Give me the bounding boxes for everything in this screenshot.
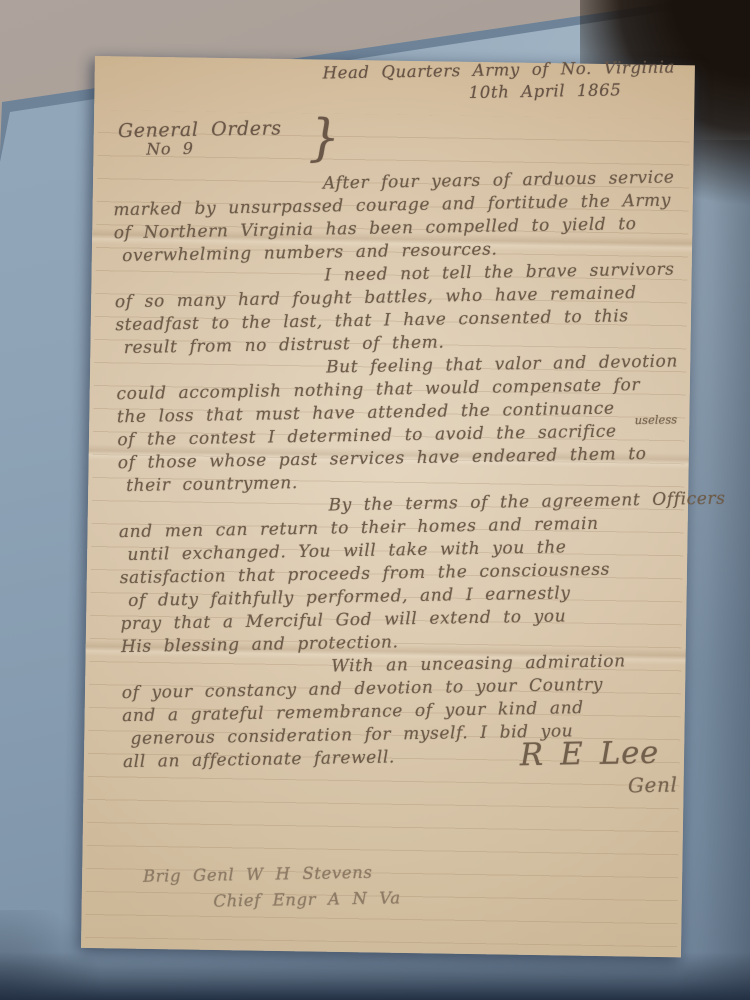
letter-content: Head Quarters Army of No. Virginia 10th … [111, 56, 696, 916]
letter-paragraph: By the terms of the agreement Officers a… [118, 488, 691, 659]
letter-paragraph: With an unceasing admiration of your con… [121, 649, 693, 774]
letter-paper: Head Quarters Army of No. Virginia 10th … [81, 56, 695, 957]
photo-background: Head Quarters Army of No. Virginia 10th … [0, 0, 750, 1000]
letter-paragraph: But feeling that valor and devotion coul… [116, 350, 688, 498]
order-title-block: General Orders No 9 } [112, 110, 683, 172]
letter-paragraph: I need not tell the brave survivors of s… [114, 258, 686, 360]
letter-paragraph: After four years of arduous service mark… [113, 166, 685, 268]
inserted-word-useless: useless [634, 408, 677, 432]
mat-bottom-shadow [0, 952, 750, 1000]
addressee-block: Brig Genl W H Stevens Chief Engr A N Va [125, 854, 696, 916]
brace-glyph: } [308, 108, 341, 167]
letter-body: After four years of arduous service mark… [113, 166, 693, 774]
